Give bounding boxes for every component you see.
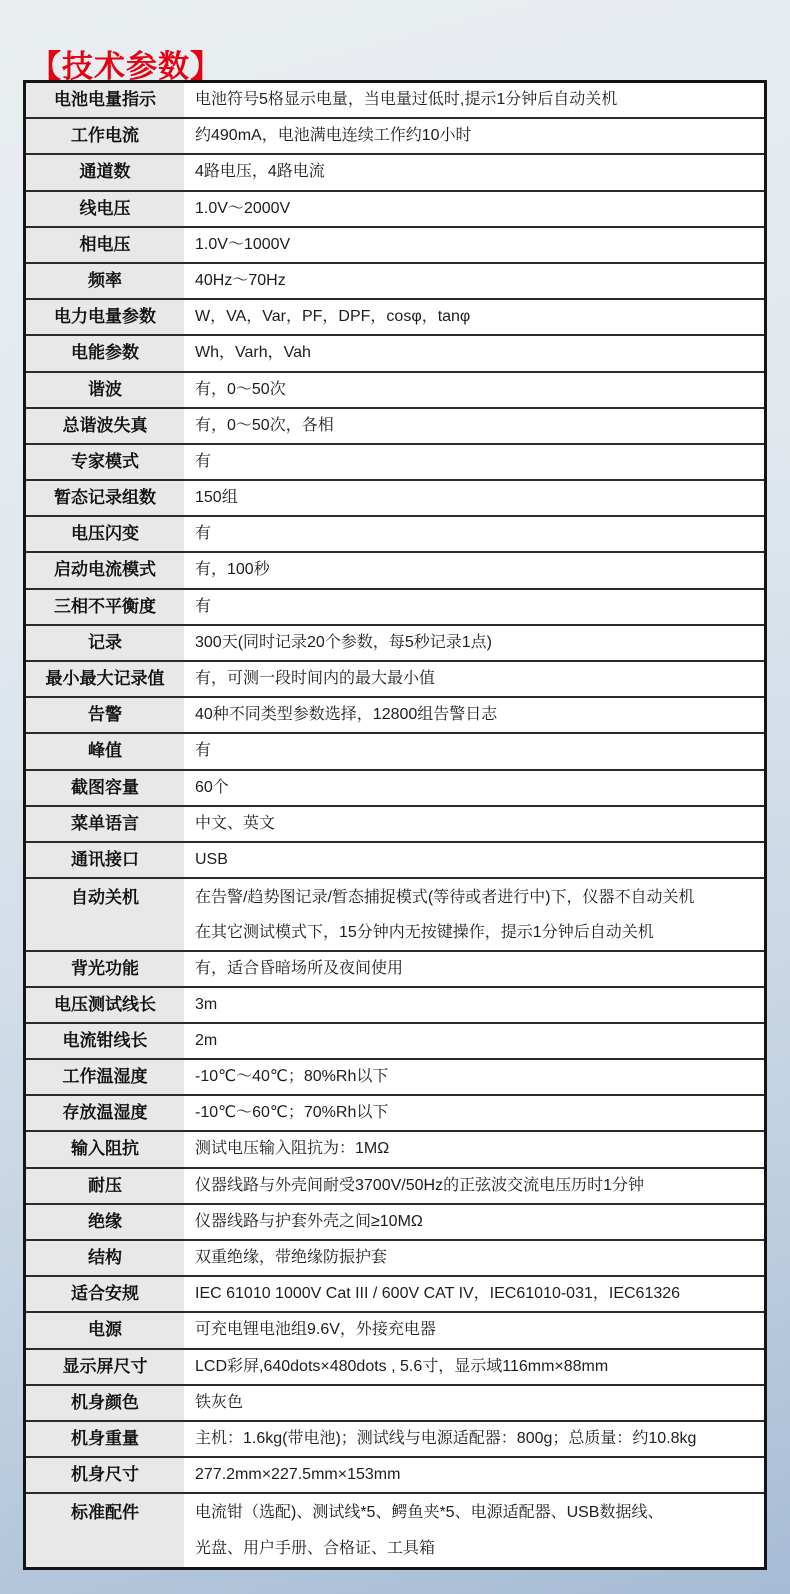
- spec-value: 150组: [184, 481, 764, 515]
- table-row: 暂态记录组数 150组: [26, 481, 764, 517]
- spec-value: 4路电压，4路电流: [184, 155, 764, 189]
- spec-value: -10℃～60℃；70%Rh以下: [184, 1096, 764, 1130]
- spec-value: 3m: [184, 988, 764, 1022]
- spec-value: 主机：1.6kg(带电池)；测试线与电源适配器：800g；总质量：约10.8kg: [184, 1422, 764, 1456]
- spec-label: 电力电量参数: [26, 300, 184, 334]
- table-row: 记录 300天(同时记录20个参数，每5秒记录1点): [26, 626, 764, 662]
- table-row: 自动关机 在告警/趋势图记录/暂态捕捉模式(等待或者进行中)下，仪器不自动关机 …: [26, 879, 764, 951]
- spec-label: 电压测试线长: [26, 988, 184, 1022]
- spec-value: 电流钳（选配)、测试线*5、鳄鱼夹*5、电源适配器、USB数据线、 光盘、用户手…: [184, 1494, 764, 1566]
- spec-label: 结构: [26, 1241, 184, 1275]
- spec-value: Wh，Varh，Vah: [184, 336, 764, 370]
- table-row: 告警 40种不同类型参数选择，12800组告警日志: [26, 698, 764, 734]
- table-row: 启动电流模式 有，100秒: [26, 553, 764, 589]
- spec-value: 可充电锂电池组9.6V，外接充电器: [184, 1313, 764, 1347]
- spec-label: 告警: [26, 698, 184, 732]
- spec-value: 双重绝缘，带绝缘防振护套: [184, 1241, 764, 1275]
- spec-label: 总谐波失真: [26, 409, 184, 443]
- spec-label: 电池电量指示: [26, 83, 184, 117]
- table-row: 频率 40Hz～70Hz: [26, 264, 764, 300]
- spec-label: 显示屏尺寸: [26, 1350, 184, 1384]
- spec-label: 菜单语言: [26, 807, 184, 841]
- spec-label: 绝缘: [26, 1205, 184, 1239]
- spec-value: 277.2mm×227.5mm×153mm: [184, 1458, 764, 1492]
- spec-label: 相电压: [26, 228, 184, 262]
- spec-label: 最小最大记录值: [26, 662, 184, 696]
- table-row: 耐压 仪器线路与外壳间耐受3700V/50Hz的正弦波交流电压历时1分钟: [26, 1169, 764, 1205]
- spec-label: 机身尺寸: [26, 1458, 184, 1492]
- table-row: 电池电量指示 电池符号5格显示电量，当电量过低时,提示1分钟后自动关机: [26, 83, 764, 119]
- spec-label: 工作电流: [26, 119, 184, 153]
- table-row: 电压测试线长 3m: [26, 988, 764, 1024]
- table-row: 电力电量参数 W，VA，Var，PF，DPF，cosφ，tanφ: [26, 300, 764, 336]
- spec-label: 暂态记录组数: [26, 481, 184, 515]
- table-row: 电源 可充电锂电池组9.6V，外接充电器: [26, 1313, 764, 1349]
- spec-value: 有，0～50次: [184, 373, 764, 407]
- spec-label: 线电压: [26, 192, 184, 226]
- spec-label: 通道数: [26, 155, 184, 189]
- spec-label: 机身颜色: [26, 1386, 184, 1420]
- spec-value: 有，100秒: [184, 553, 764, 587]
- spec-value: 中文、英文: [184, 807, 764, 841]
- table-row: 最小最大记录值 有，可测一段时间内的最大最小值: [26, 662, 764, 698]
- table-row: 通道数 4路电压，4路电流: [26, 155, 764, 191]
- spec-value: IEC 61010 1000V Cat III / 600V CAT IV，IE…: [184, 1277, 764, 1311]
- table-row: 电流钳线长 2m: [26, 1024, 764, 1060]
- table-row: 标准配件 电流钳（选配)、测试线*5、鳄鱼夹*5、电源适配器、USB数据线、 光…: [26, 1494, 764, 1566]
- spec-value: 在告警/趋势图记录/暂态捕捉模式(等待或者进行中)下，仪器不自动关机 在其它测试…: [184, 879, 764, 949]
- table-row: 相电压 1.0V～1000V: [26, 228, 764, 264]
- spec-label: 谐波: [26, 373, 184, 407]
- table-row: 专家模式 有: [26, 445, 764, 481]
- spec-value: 2m: [184, 1024, 764, 1058]
- spec-label: 输入阻抗: [26, 1132, 184, 1166]
- table-row: 菜单语言 中文、英文: [26, 807, 764, 843]
- spec-label: 存放温湿度: [26, 1096, 184, 1130]
- spec-label: 电流钳线长: [26, 1024, 184, 1058]
- spec-label: 机身重量: [26, 1422, 184, 1456]
- spec-value: 有: [184, 734, 764, 768]
- spec-value: 有，可测一段时间内的最大最小值: [184, 662, 764, 696]
- table-row: 截图容量 60个: [26, 771, 764, 807]
- spec-value: W，VA，Var，PF，DPF，cosφ，tanφ: [184, 300, 764, 334]
- table-row: 机身颜色 铁灰色: [26, 1386, 764, 1422]
- spec-sheet-page: { "page": { "title": "【技术参数】", "title_co…: [0, 0, 790, 1594]
- spec-label: 截图容量: [26, 771, 184, 805]
- spec-table: 电池电量指示 电池符号5格显示电量，当电量过低时,提示1分钟后自动关机 工作电流…: [23, 80, 767, 1570]
- table-row: 电能参数 Wh，Varh，Vah: [26, 336, 764, 372]
- spec-label: 三相不平衡度: [26, 590, 184, 624]
- table-row: 输入阻抗 测试电压输入阻抗为：1MΩ: [26, 1132, 764, 1168]
- table-row: 通讯接口 USB: [26, 843, 764, 879]
- spec-label: 频率: [26, 264, 184, 298]
- spec-value: 1.0V～1000V: [184, 228, 764, 262]
- spec-label: 耐压: [26, 1169, 184, 1203]
- spec-value: -10℃～40℃；80%Rh以下: [184, 1060, 764, 1094]
- table-row: 谐波 有，0～50次: [26, 373, 764, 409]
- spec-value: 测试电压输入阻抗为：1MΩ: [184, 1132, 764, 1166]
- spec-label: 电能参数: [26, 336, 184, 370]
- table-row: 显示屏尺寸 LCD彩屏,640dots×480dots , 5.6寸，显示域11…: [26, 1350, 764, 1386]
- table-row: 线电压 1.0V～2000V: [26, 192, 764, 228]
- spec-label: 峰值: [26, 734, 184, 768]
- spec-value: 约490mA，电池满电连续工作约10小时: [184, 119, 764, 153]
- spec-value: 有: [184, 590, 764, 624]
- spec-label: 适合安规: [26, 1277, 184, 1311]
- spec-label: 标准配件: [26, 1494, 184, 1566]
- spec-value: 40Hz～70Hz: [184, 264, 764, 298]
- table-row: 峰值 有: [26, 734, 764, 770]
- table-row: 电压闪变 有: [26, 517, 764, 553]
- spec-value: 仪器线路与护套外壳之间≥10MΩ: [184, 1205, 764, 1239]
- table-row: 绝缘 仪器线路与护套外壳之间≥10MΩ: [26, 1205, 764, 1241]
- spec-label: 启动电流模式: [26, 553, 184, 587]
- spec-value: 有，0～50次，各相: [184, 409, 764, 443]
- table-row: 总谐波失真 有，0～50次，各相: [26, 409, 764, 445]
- spec-value: 铁灰色: [184, 1386, 764, 1420]
- spec-value: 有，适合昏暗场所及夜间使用: [184, 952, 764, 986]
- spec-value: 电池符号5格显示电量，当电量过低时,提示1分钟后自动关机: [184, 83, 764, 117]
- table-row: 机身尺寸 277.2mm×227.5mm×153mm: [26, 1458, 764, 1494]
- table-row: 工作温湿度 -10℃～40℃；80%Rh以下: [26, 1060, 764, 1096]
- table-row: 适合安规 IEC 61010 1000V Cat III / 600V CAT …: [26, 1277, 764, 1313]
- spec-value: 有: [184, 445, 764, 479]
- spec-label: 自动关机: [26, 879, 184, 949]
- spec-label: 工作温湿度: [26, 1060, 184, 1094]
- spec-value: LCD彩屏,640dots×480dots , 5.6寸，显示域116mm×88…: [184, 1350, 764, 1384]
- spec-value: 有: [184, 517, 764, 551]
- spec-value: 仪器线路与外壳间耐受3700V/50Hz的正弦波交流电压历时1分钟: [184, 1169, 764, 1203]
- table-row: 存放温湿度 -10℃～60℃；70%Rh以下: [26, 1096, 764, 1132]
- spec-value: 60个: [184, 771, 764, 805]
- spec-value: 1.0V～2000V: [184, 192, 764, 226]
- spec-label: 专家模式: [26, 445, 184, 479]
- table-row: 结构 双重绝缘，带绝缘防振护套: [26, 1241, 764, 1277]
- spec-value: USB: [184, 843, 764, 877]
- spec-label: 记录: [26, 626, 184, 660]
- spec-label: 电压闪变: [26, 517, 184, 551]
- spec-label: 背光功能: [26, 952, 184, 986]
- spec-value: 40种不同类型参数选择，12800组告警日志: [184, 698, 764, 732]
- spec-label: 通讯接口: [26, 843, 184, 877]
- table-row: 三相不平衡度 有: [26, 590, 764, 626]
- spec-label: 电源: [26, 1313, 184, 1347]
- table-row: 背光功能 有，适合昏暗场所及夜间使用: [26, 952, 764, 988]
- spec-value: 300天(同时记录20个参数，每5秒记录1点): [184, 626, 764, 660]
- table-row: 机身重量 主机：1.6kg(带电池)；测试线与电源适配器：800g；总质量：约1…: [26, 1422, 764, 1458]
- table-row: 工作电流 约490mA，电池满电连续工作约10小时: [26, 119, 764, 155]
